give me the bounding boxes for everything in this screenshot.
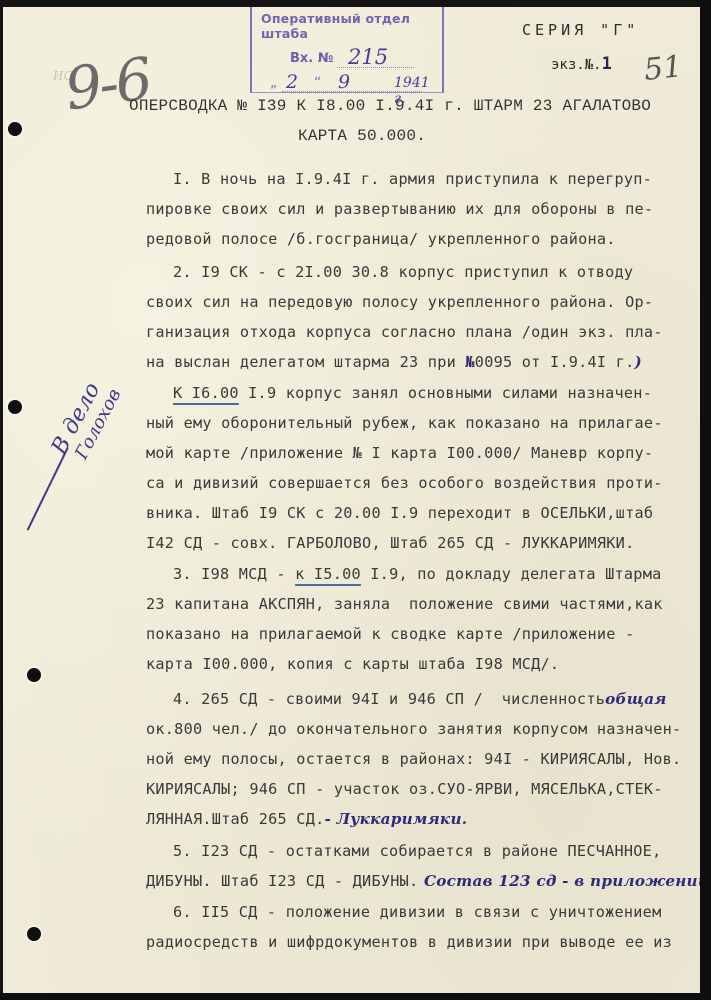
- line-text: вника. Штаб I9 СК с 20.00 I.9 переходит …: [146, 504, 653, 522]
- stamp-incoming-number: 215: [348, 45, 388, 69]
- report-line: ДИБУНЫ. Штаб I23 СД - ДИБУНЫ. Состав 123…: [146, 872, 700, 890]
- report-line: редовой полосе /б.госграница/ укрепленно…: [146, 230, 616, 248]
- line-text: КИРИЯСАЛЫ; 946 СП - участок оз.СУО-ЯРВИ,…: [146, 780, 663, 798]
- stamp-incoming-label: Вх. №: [290, 51, 333, 66]
- report-title: ОПЕРСВОДКА № I39 К I8.00 I.9.4I г. ШТАРМ…: [129, 97, 651, 115]
- report-line: 5. I23 СД - остатками собирается в район…: [173, 842, 661, 860]
- handwritten-bracket: ): [635, 353, 642, 371]
- line-text: численность: [483, 690, 605, 708]
- line-text: I. В ночь на I.9.4I г. армия приступила …: [173, 170, 652, 188]
- punch-hole: [8, 400, 22, 414]
- line-text: ЛЯННАЯ.Штаб 265 СД.: [146, 810, 324, 828]
- line-text: ок.800 чел./ до окончательного занятия к…: [146, 720, 681, 738]
- report-line: 6. II5 СД - положение дивизии в связи с …: [173, 903, 661, 921]
- line-text: карта I00.000, копия с карты штаба I98 М…: [146, 655, 559, 673]
- line-text: 23 капитана АКСПЯН, заняла положение сви…: [146, 595, 663, 613]
- report-line: своих сил на передовую полосу укрепленно…: [146, 293, 653, 311]
- report-line: радиосредств и шифрдокументов в дивизии …: [146, 933, 672, 951]
- report-line: са и дивизий совершается без особого воз…: [146, 474, 663, 492]
- incoming-stamp: Оперативный отдел штаба Вх. № 215 „ 2 “ …: [250, 7, 444, 93]
- stamp-quote-open: „: [270, 75, 277, 91]
- margin-resolution-note: В дело Голохов: [47, 379, 105, 459]
- line-text: пировке своих сил и развертыванию их для…: [146, 200, 653, 218]
- stamp-quote-close: “: [314, 75, 321, 91]
- report-line: I42 СД - совх. ГАРБОЛОВО, Штаб 265 СД - …: [146, 534, 634, 552]
- report-line: на выслан делегатом штарма 23 при №0095 …: [146, 353, 642, 371]
- report-line: I. В ночь на I.9.4I г. армия приступила …: [173, 170, 652, 188]
- line-text: ДИБУНЫ. Штаб I23 СД - ДИБУНЫ.: [146, 872, 418, 890]
- scan-edge-right: [700, 0, 711, 1000]
- underlined-time: К I6.00: [173, 384, 239, 402]
- punch-hole: [8, 122, 22, 136]
- report-line: пировке своих сил и развертыванию их для…: [146, 200, 653, 218]
- stamp-date-line: [282, 91, 422, 92]
- line-text: 2. I9 СК - с 2I.00 30.8 корпус приступил…: [173, 263, 633, 281]
- report-line: ганизация отхода корпуса согласно плана …: [146, 323, 663, 341]
- report-line: 4. 265 СД - своими 94I и 946 СП / числен…: [173, 690, 667, 708]
- line-text: ной ему полосы, остается в районах: 94I …: [146, 750, 681, 768]
- copy-label: экз.№.: [551, 57, 602, 73]
- line-text: показано на прилагаемой к сводке карте /…: [146, 625, 634, 643]
- report-line: ной ему полосы, остается в районах: 94I …: [146, 750, 681, 768]
- report-line: 3. I98 МСД - к I5.00 I.9, по докладу дел…: [173, 565, 662, 583]
- scan-edge-bottom: [0, 993, 711, 1000]
- page-number: 51: [642, 49, 684, 88]
- line-text: са и дивизий совершается без особого воз…: [146, 474, 663, 492]
- line-text: 4. 265 СД - своими 94I и 946 СП /: [173, 690, 483, 708]
- line-text: 3. I98 МСД -: [173, 565, 295, 583]
- map-scale: КАРТА 50.000.: [298, 127, 426, 145]
- line-text: на выслан делегатом штарма 23 при: [146, 353, 465, 371]
- punch-hole: [27, 927, 41, 941]
- line-text: мой карте /приложение № I карта I00.000/…: [146, 444, 653, 462]
- stamp-department: Оперативный отдел штаба: [261, 11, 442, 41]
- line-text: 6. II5 СД - положение дивизии в связи с …: [173, 903, 661, 921]
- stamp-date-month: 9: [338, 71, 350, 93]
- report-line: карта I00.000, копия с карты штаба I98 М…: [146, 655, 559, 673]
- handwritten-insert: общая: [605, 690, 667, 708]
- report-line: ок.800 чел./ до окончательного занятия к…: [146, 720, 681, 738]
- report-line: вника. Штаб I9 СК с 20.00 I.9 переходит …: [146, 504, 653, 522]
- line-text: ганизация отхода корпуса согласно плана …: [146, 323, 663, 341]
- report-line: мой карте /приложение № I карта I00.000/…: [146, 444, 653, 462]
- series-label: СЕРИЯ "Г": [522, 21, 639, 39]
- handwritten-insert: - Луккаримяки.: [324, 810, 467, 828]
- line-text: 0095 от I.9.4I г.: [475, 353, 635, 371]
- underlined-time: к I5.00: [295, 565, 361, 583]
- line-text: ный ему оборонительный рубеж, как показа…: [146, 414, 663, 432]
- line-text: своих сил на передовую полосу укрепленно…: [146, 293, 653, 311]
- punch-hole: [27, 668, 41, 682]
- line-text: I42 СД - совх. ГАРБОЛОВО, Штаб 265 СД - …: [146, 534, 634, 552]
- handwritten-insert: Состав 123 сд - в приложении: [418, 872, 700, 890]
- line-text: радиосредств и шифрдокументов в дивизии …: [146, 933, 672, 951]
- report-line: ЛЯННАЯ.Штаб 265 СД.- Луккаримяки.: [146, 810, 467, 828]
- report-line: 23 капитана АКСПЯН, заняла положение сви…: [146, 595, 663, 613]
- ink-blot: №: [465, 353, 474, 371]
- stamp-date-day: 2: [286, 71, 298, 93]
- report-line: 2. I9 СК - с 2I.00 30.8 корпус приступил…: [173, 263, 633, 281]
- report-line: К I6.00 I.9 корпус занял основными силам…: [173, 384, 652, 402]
- line-text: I.9, по докладу делегата Штарма: [361, 565, 662, 583]
- copy-number: экз.№.1: [551, 54, 612, 74]
- margin-note-slash: [27, 447, 69, 531]
- report-line: КИРИЯСАЛЫ; 946 СП - участок оз.СУО-ЯРВИ,…: [146, 780, 663, 798]
- report-line: ный ему оборонительный рубеж, как показа…: [146, 414, 663, 432]
- document-page: Оперативный отдел штаба Вх. № 215 „ 2 “ …: [3, 7, 700, 993]
- line-text: редовой полосе /б.госграница/ укрепленно…: [146, 230, 616, 248]
- line-text: 5. I23 СД - остатками собирается в район…: [173, 842, 661, 860]
- report-line: показано на прилагаемой к сводке карте /…: [146, 625, 634, 643]
- line-text: I.9 корпус занял основными силами назнач…: [239, 384, 652, 402]
- copy-number-value: 1: [602, 54, 612, 74]
